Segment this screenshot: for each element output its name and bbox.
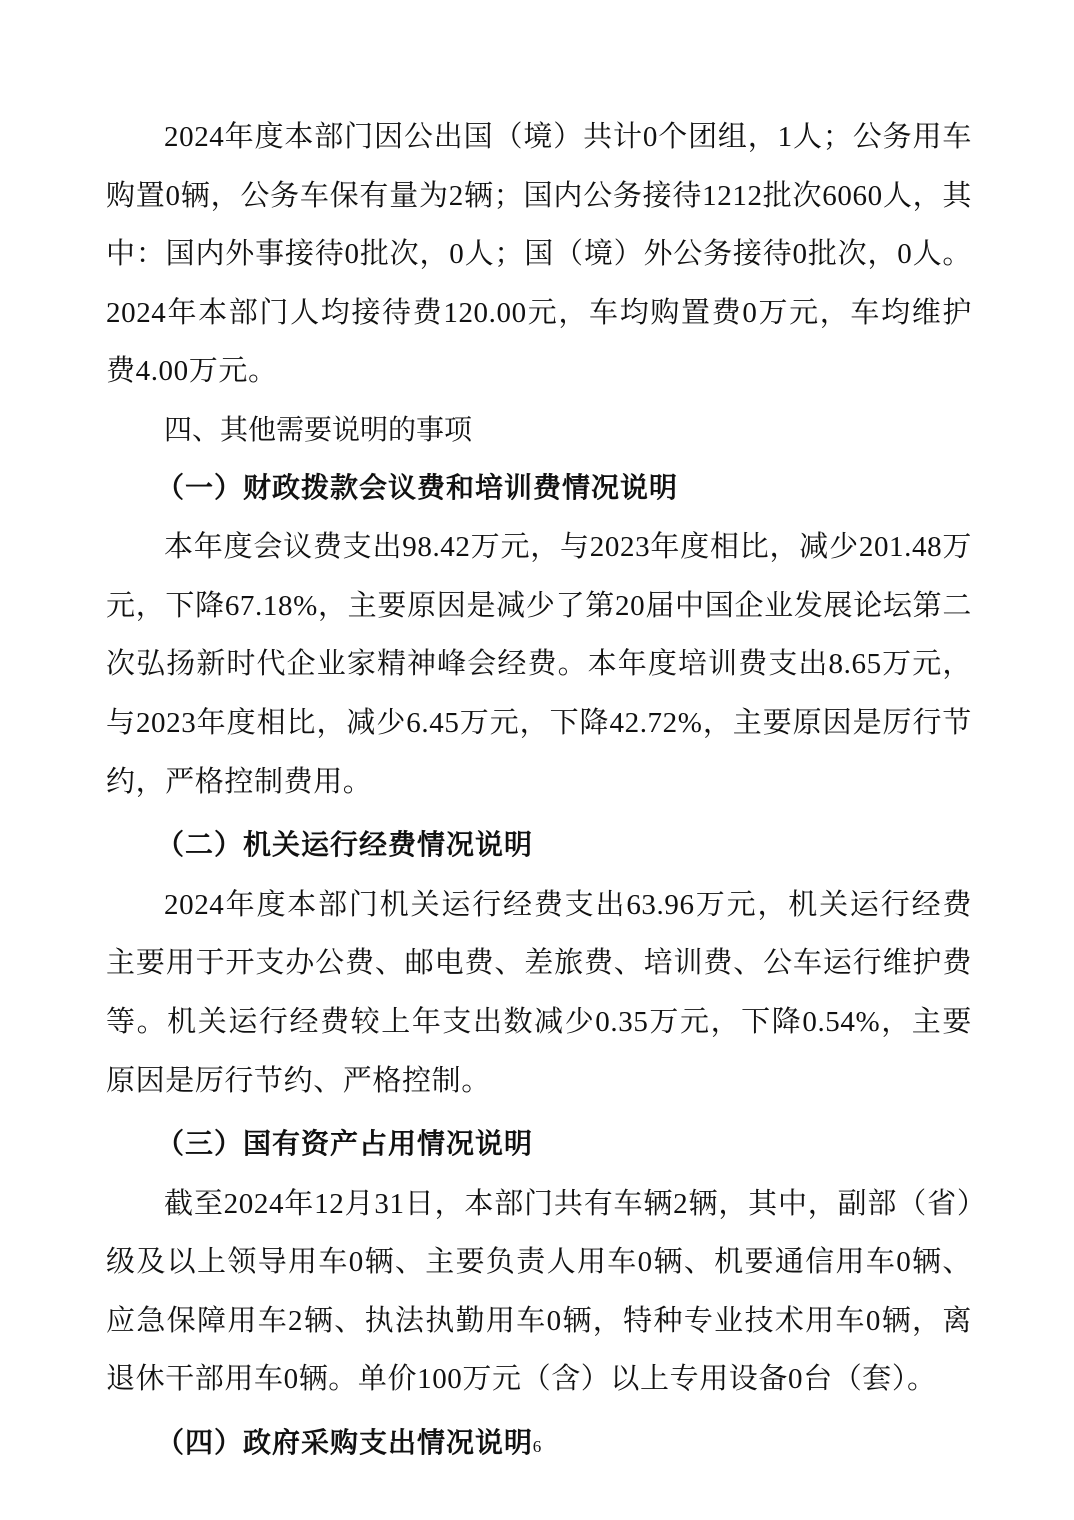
- paragraph-overseas-vehicles-reception: 2024年度本部门因公出国（境）共计0个团组，1人；公务用车购置0辆，公务车保有…: [106, 108, 972, 401]
- subsection-heading-state-assets: （三）国有资产占用情况说明: [106, 1116, 972, 1175]
- document-page: 2024年度本部门因公出国（境）共计0个团组，1人；公务用车购置0辆，公务车保有…: [106, 108, 972, 1474]
- paragraph-state-assets: 截至2024年12月31日，本部门共有车辆2辆，其中，副部（省）级及以上领导用车…: [106, 1175, 972, 1409]
- paragraph-operating-expenses: 2024年度本部门机关运行经费支出63.96万元，机关运行经费主要用于开支办公费…: [106, 876, 972, 1110]
- subsection-heading-operating-expenses: （二）机关运行经费情况说明: [106, 817, 972, 876]
- paragraph-meeting-training-fees: 本年度会议费支出98.42万元，与2023年度相比，减少201.48万元，下降6…: [106, 518, 972, 811]
- subsection-heading-meeting-training-fees: （一）财政拨款会议费和培训费情况说明: [106, 460, 972, 519]
- section-heading-other-matters: 四、其他需要说明的事项: [106, 401, 972, 460]
- page-number: 6: [0, 1437, 1074, 1457]
